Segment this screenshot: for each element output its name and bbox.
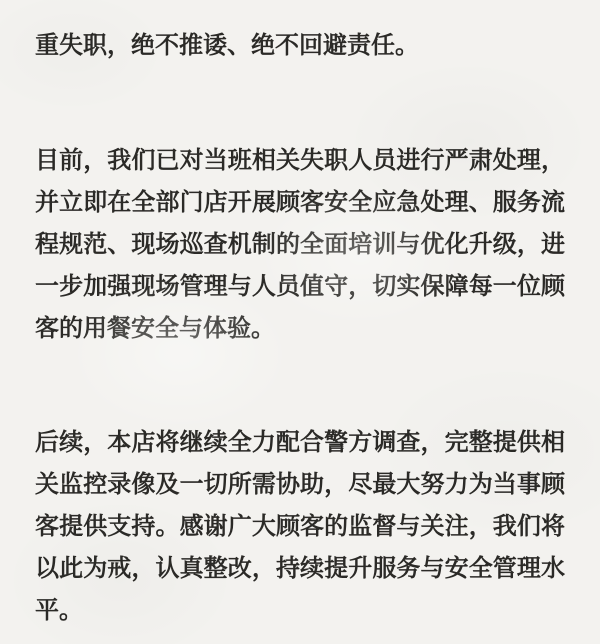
statement-paragraph-measures: 目前，我们已对当班相关失职人员进行严肃处理，并立即在全部门店开展顾客安全应急处理…: [35, 140, 565, 350]
document-page: 重失职，绝不推诿、绝不回避责任。 目前，我们已对当班相关失职人员进行严肃处理，并…: [0, 0, 600, 644]
statement-paragraph-followup: 后续，本店将继续全力配合警方调查，完整提供相关监控录像及一切所需协助，尽最大努力…: [35, 422, 565, 632]
statement-paragraph-continuation: 重失职，绝不推诿、绝不回避责任。: [35, 25, 565, 67]
